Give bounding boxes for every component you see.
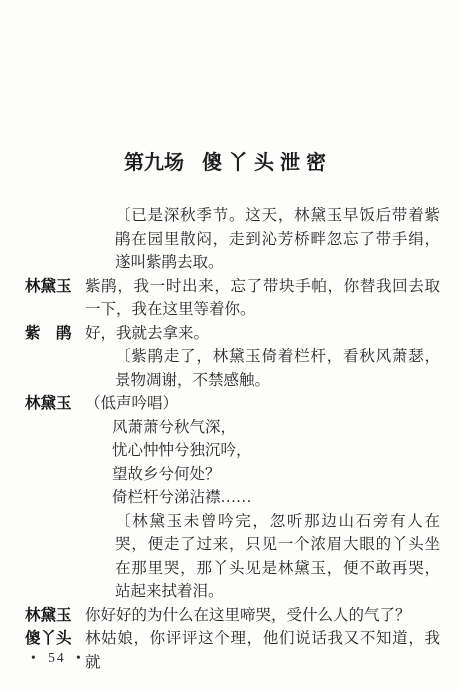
dialogue-line: 林黛玉 （低声吟唱） 风萧萧兮秋气深， 忧心忡忡兮独沉吟， 望故乡兮何处？ 倚栏… <box>25 392 440 510</box>
verse-line: 望故乡兮何处？ <box>112 463 440 487</box>
dialogue-line: 紫 鹃 好，我就去拿来。 <box>25 322 440 346</box>
stage-direction-text: 〔已是深秋季节。这天，林黛玉早饭后带着紫鹃在园里散闷，走到沁芳桥畔忽忘了带手绢，… <box>115 207 440 271</box>
speaker-name: 紫 鹃 <box>25 322 85 346</box>
speech-text: 紫鹃，我一时出来，忘了带块手帕，你替我回去取一下，我在这里等着你。 <box>85 275 440 322</box>
stage-direction: 〔紫鹃走了，林黛玉倚着栏杆，看秋风萧瑟，景物凋谢，不禁感触。 <box>115 345 440 392</box>
stage-direction-text: 〔林黛玉未曾吟完，忽听那边山石旁有人在哭，便走了过来，只见一个浓眉大眼的丫头坐在… <box>115 513 440 601</box>
dialogue-line: 林黛玉 紫鹃，我一时出来，忘了带块手帕，你替我回去取一下，我在这里等着你。 <box>25 275 440 322</box>
speaker-name: 傻丫头 <box>25 627 85 651</box>
book-page: 第九场傻丫头泄密 〔已是深秋季节。这天，林黛玉早饭后带着紫鹃在园里散闷，走到沁芳… <box>0 0 460 690</box>
speaker-name: 林黛玉 <box>25 604 85 628</box>
verse-line: 倚栏杆兮涕沾襟…… <box>112 486 440 510</box>
script-body: 〔已是深秋季节。这天，林黛玉早饭后带着紫鹃在园里散闷，走到沁芳桥畔忽忘了带手绢，… <box>25 204 440 674</box>
verse-line: 风萧萧兮秋气深， <box>112 416 440 440</box>
stage-direction-text: 〔紫鹃走了，林黛玉倚着栏杆，看秋风萧瑟，景物凋谢，不禁感触。 <box>115 348 440 389</box>
speaker-name: 林黛玉 <box>25 392 85 416</box>
scene-number: 第九场 <box>124 152 184 174</box>
speech-text: 好，我就去拿来。 <box>85 322 440 346</box>
scene-name: 傻丫头泄密 <box>202 152 332 174</box>
speech-text: 林姑娘，你评评这个理，他们说话我又不知道，我就 <box>85 627 440 674</box>
stage-direction: 〔林黛玉未曾吟完，忽听那边山石旁有人在哭，便走了过来，只见一个浓眉大眼的丫头坐在… <box>115 510 440 604</box>
speaker-name: 林黛玉 <box>25 275 85 299</box>
dialogue-line: 傻丫头 林姑娘，你评评这个理，他们说话我又不知道，我就 <box>25 627 440 674</box>
page-number: • 54 • <box>31 650 83 666</box>
speech-text: （低声吟唱） 风萧萧兮秋气深， 忧心忡忡兮独沉吟， 望故乡兮何处？ 倚栏杆兮涕沾… <box>85 392 440 510</box>
stage-direction: 〔已是深秋季节。这天，林黛玉早饭后带着紫鹃在园里散闷，走到沁芳桥畔忽忘了带手绢，… <box>115 204 440 275</box>
dialogue-line: 林黛玉 你好好的为什么在这里啼哭，受什么人的气了？ <box>25 604 440 628</box>
speech-text: 你好好的为什么在这里啼哭，受什么人的气了？ <box>85 604 440 628</box>
scene-title: 第九场傻丫头泄密 <box>124 146 332 175</box>
verse-line: 忧心忡忡兮独沉吟， <box>112 439 440 463</box>
stage-note: （低声吟唱） <box>85 395 178 412</box>
